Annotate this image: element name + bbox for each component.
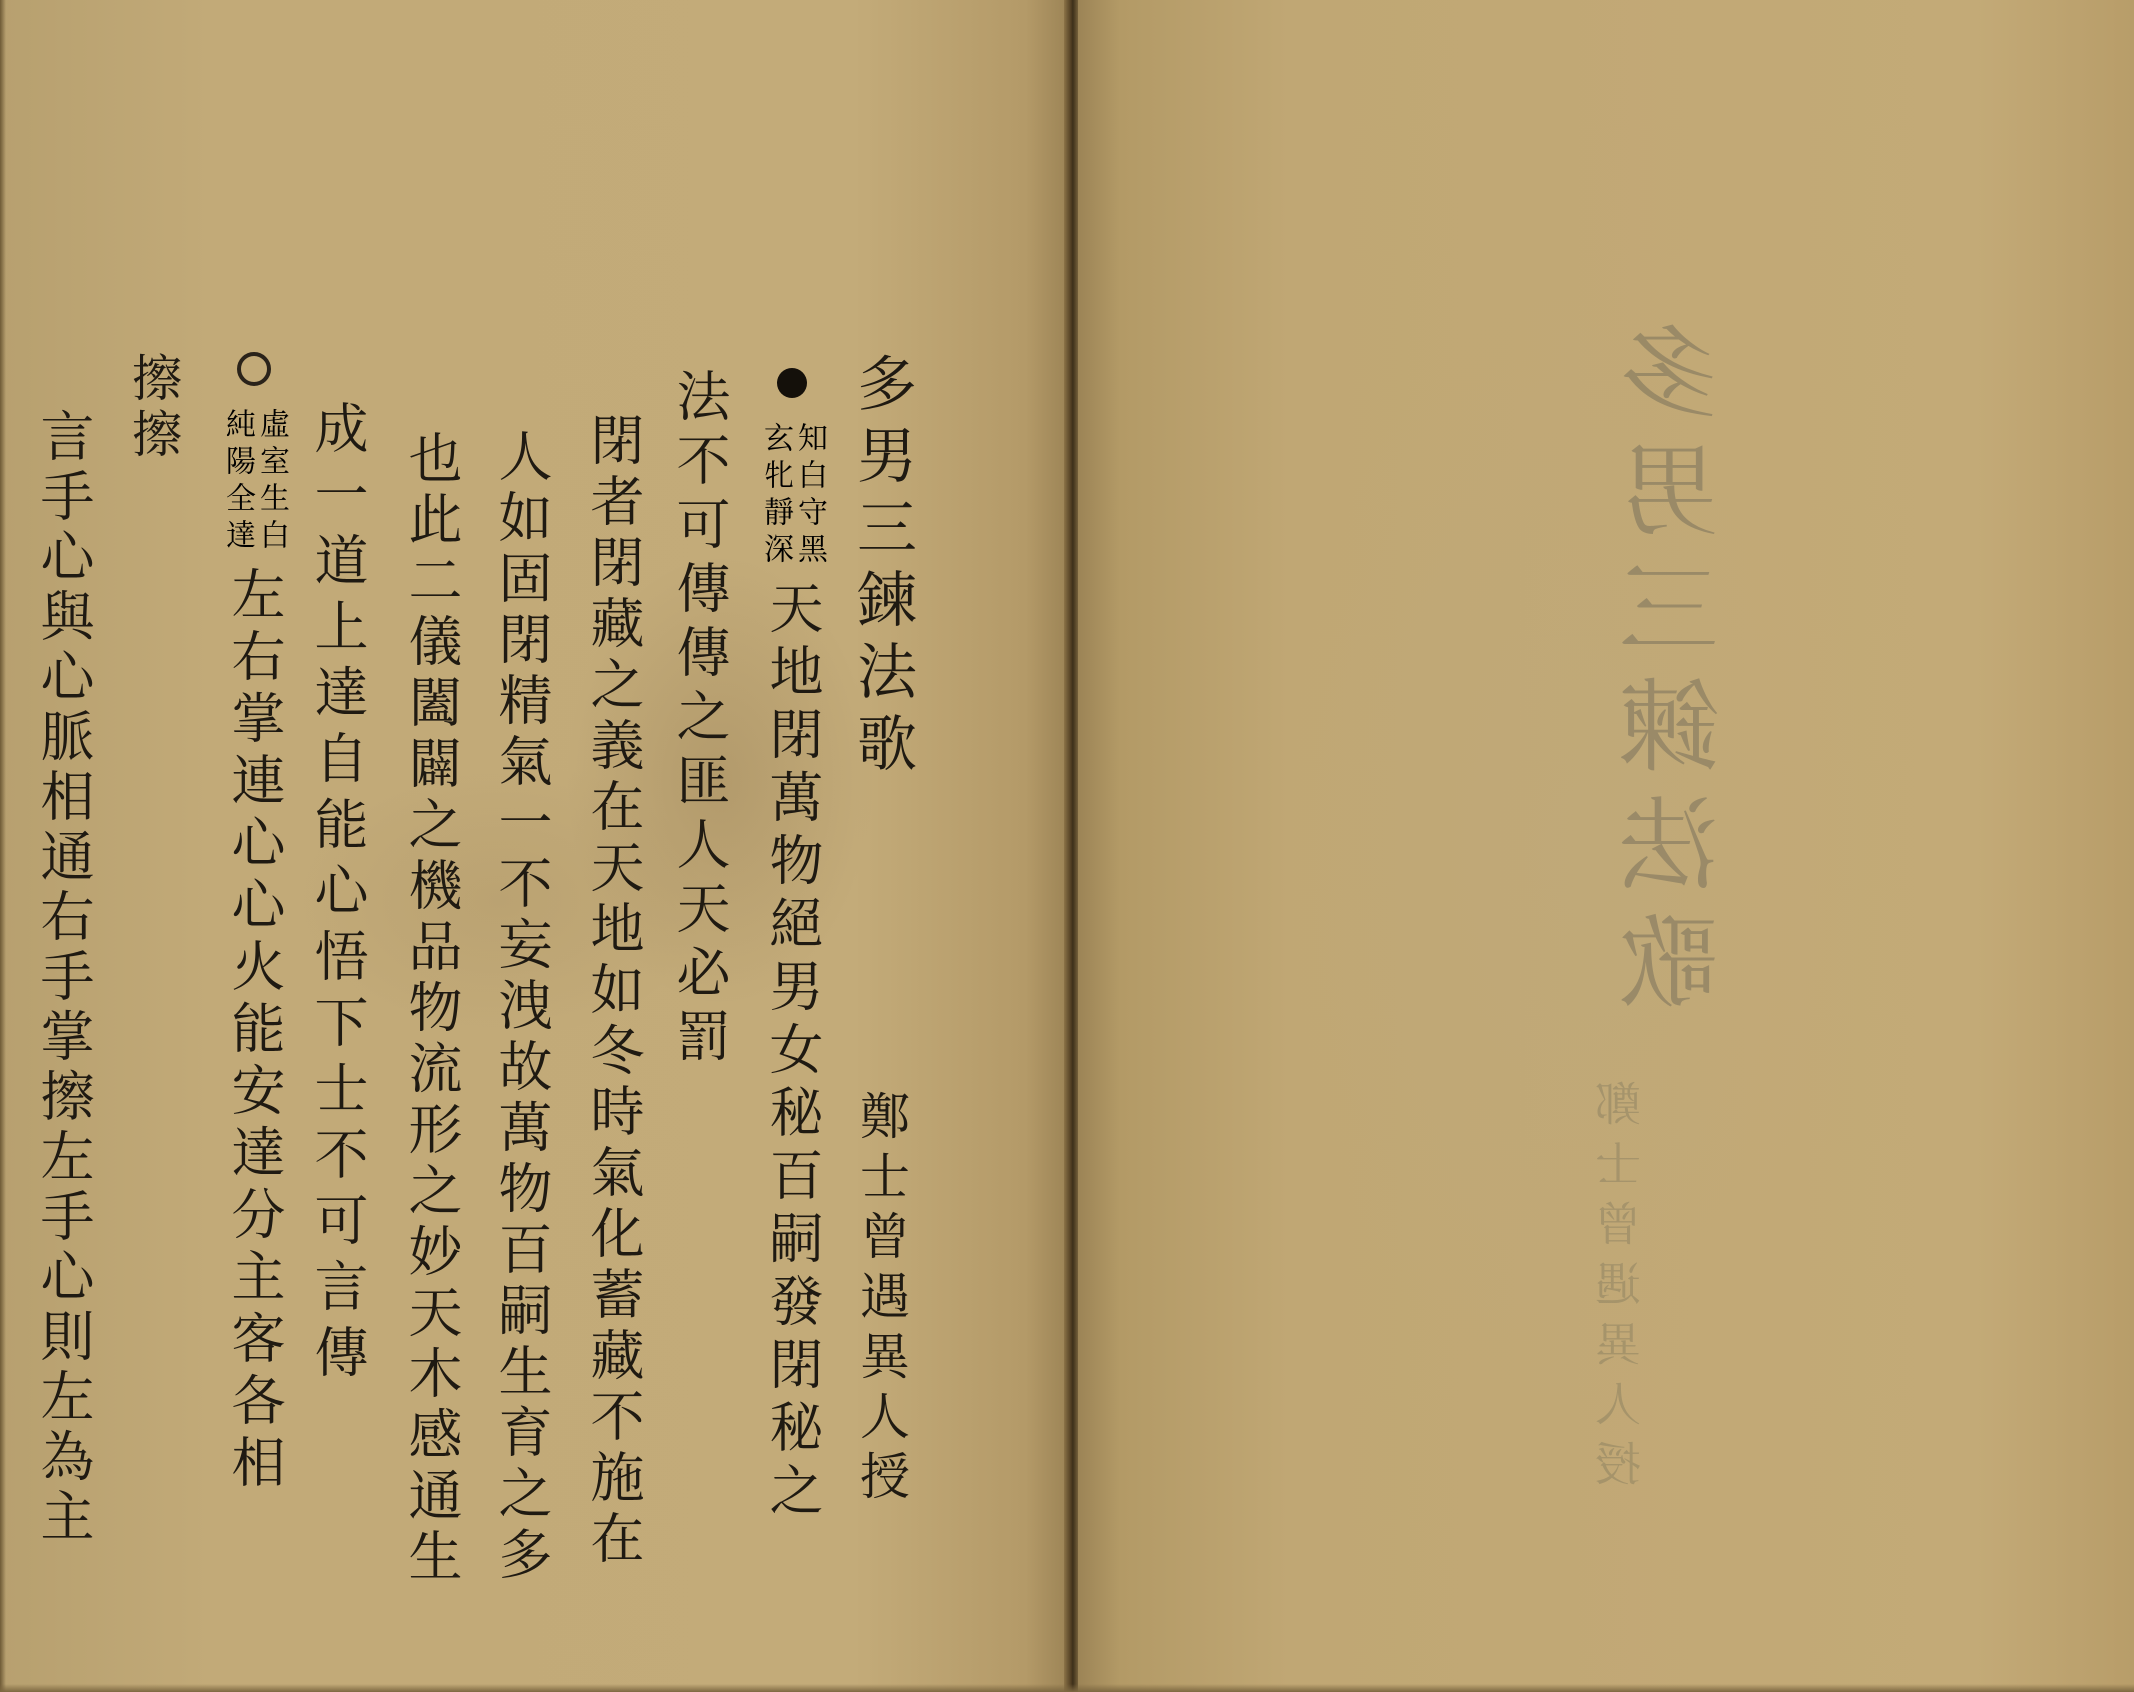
page-edge-bottom <box>0 1684 2134 1692</box>
text-column-2: 知白守黑 玄牝靜深 天地閉萬物絕男女秘百嗣發閉秘之 <box>752 368 832 1525</box>
annotation-right: 虛室生白 <box>256 408 286 556</box>
text-column-10: 言手心與心脈相通右手掌擦左手心則左為主 <box>36 408 90 1548</box>
text-column-3: 法不可傳傳之匪人天必罰 <box>672 368 726 1072</box>
text-column-6: 也此二儀闔闢之機品物流形之妙天木感通生 <box>404 430 458 1589</box>
text-column-7: 成一道上達自能心悟下士不可言傳 <box>310 400 364 1390</box>
filled-circle-mark-icon <box>777 368 807 398</box>
attribution-column: 鄭士曾遇異人授 <box>856 1090 906 1510</box>
text-column-9: 擦擦 <box>128 352 178 464</box>
right-page: 多男三鍊法歌 鄭士曾遇異人授 <box>1078 0 2134 1692</box>
show-through-title: 多男三鍊法歌 <box>1628 320 1728 1028</box>
show-through-attribution: 鄭士曾遇異人授 <box>1598 1080 1644 1500</box>
text-column-8: 虛室生白 純陽全達 左右掌連心心火能安達分主客各相 <box>212 352 296 1496</box>
hollow-circle-mark-icon <box>237 352 271 386</box>
annotation-left: 純陽全達 <box>222 408 252 556</box>
book-spread: 多男三鍊法歌 鄭士曾遇異人授 知白守黑 玄牝靜深 天地閉萬物絕男女秘百嗣發閉秘之… <box>0 0 2134 1692</box>
annotation-right: 知白守黑 <box>794 422 824 570</box>
interlinear-annotation: 知白守黑 玄牝靜深 <box>760 422 824 570</box>
page-edge <box>0 0 6 1692</box>
annotation-left: 玄牝靜深 <box>760 422 790 570</box>
text-column-4: 閉者閉藏之義在天地如冬時氣化蓄藏不施在 <box>586 412 640 1571</box>
left-page: 多男三鍊法歌 鄭士曾遇異人授 知白守黑 玄牝靜深 天地閉萬物絕男女秘百嗣發閉秘之… <box>0 0 1068 1692</box>
column-text: 左右掌連心心火能安達分主客各相 <box>227 566 281 1496</box>
interlinear-annotation: 虛室生白 純陽全達 <box>222 408 286 556</box>
title-column: 多男三鍊法歌 <box>852 352 912 784</box>
text-column-5: 人如固閉精氣一不妄洩故萬物百嗣生育之多 <box>494 428 548 1587</box>
column-text: 天地閉萬物絕男女秘百嗣發閉秘之 <box>765 580 819 1525</box>
